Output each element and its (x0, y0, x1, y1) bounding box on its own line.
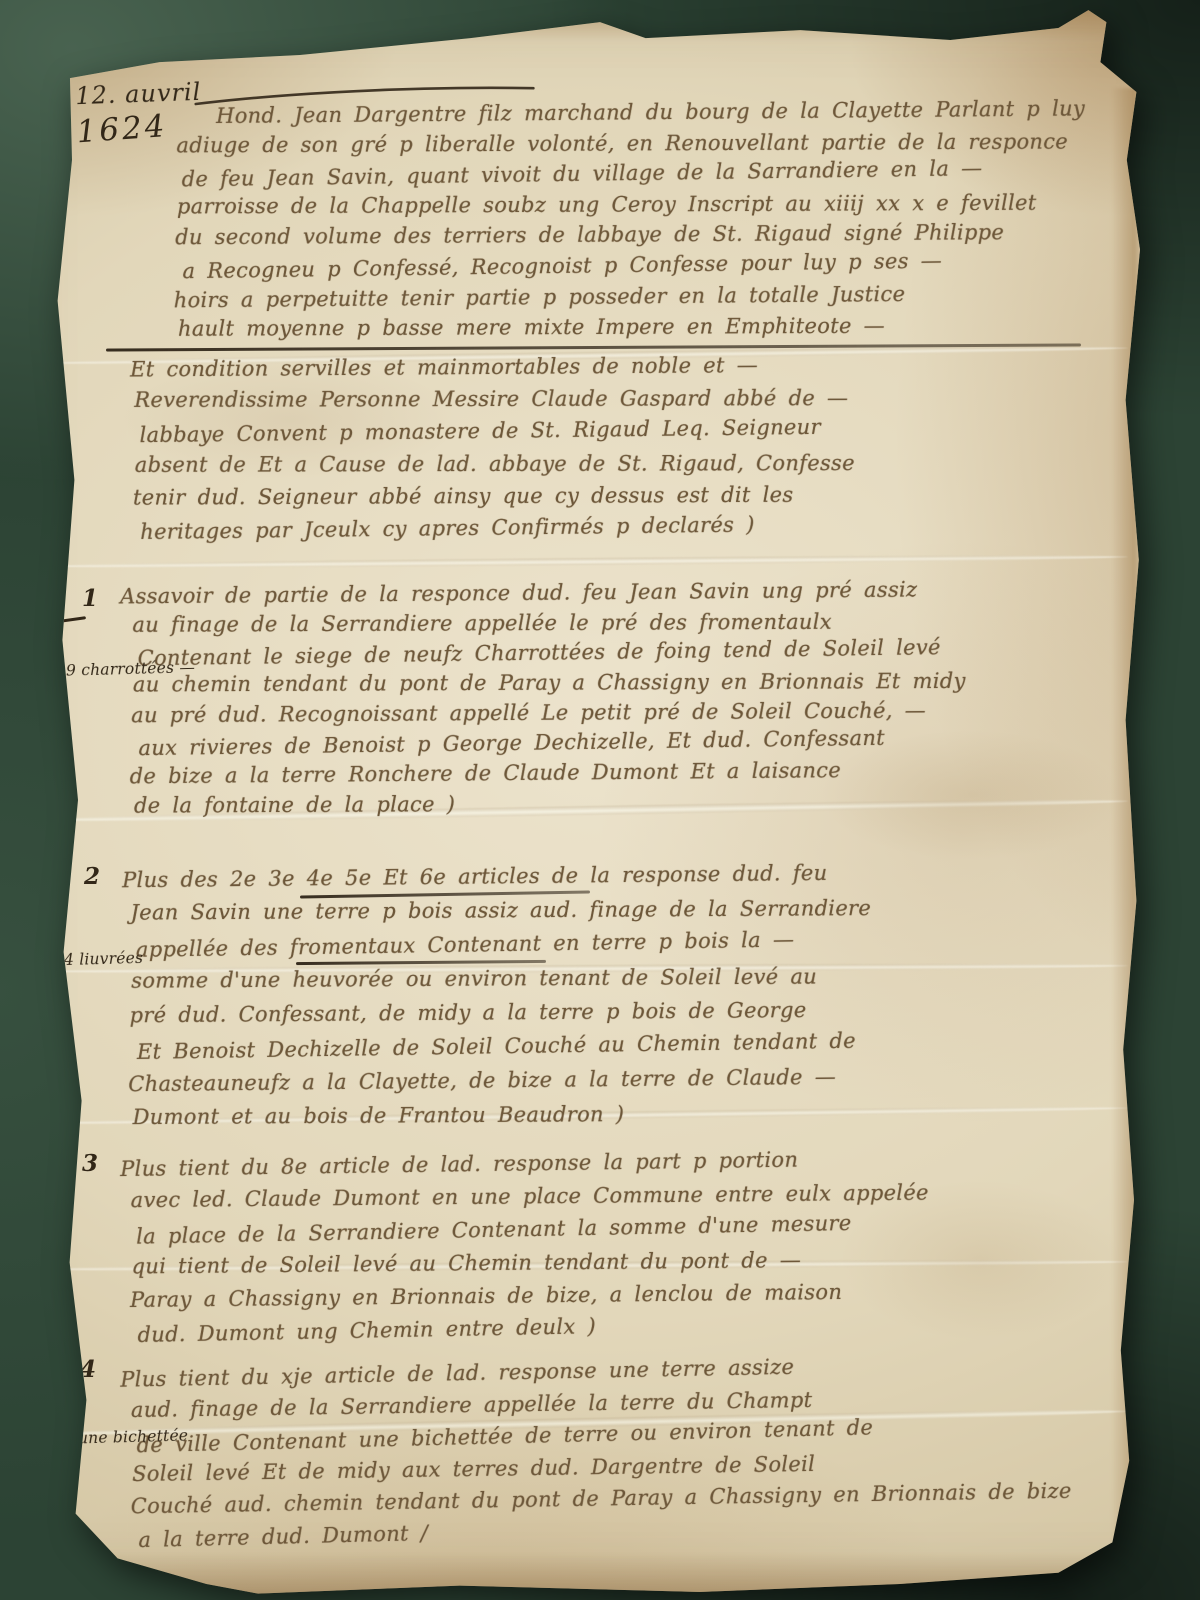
manuscript-line: Et Benoist Dechizelle de Soleil Couché a… (137, 1029, 856, 1064)
manuscript-line: de bize a la terre Ronchere de Claude Du… (130, 758, 842, 788)
margin-number-4: 4 (80, 1356, 96, 1383)
manuscript-line: appellée des fromentaux Contenant en ter… (136, 927, 795, 961)
manuscript-line: a Recogneu p Confessé, Recognoist p Conf… (182, 249, 942, 284)
manuscript-line: absent de Et a Cause de lad. abbaye de S… (135, 451, 855, 477)
margin-number-3: 3 (82, 1150, 98, 1177)
paragraph-item-1: Assavoir de partie de la responce dud. f… (128, 576, 1128, 585)
manuscript-line: de feu Jean Savin, quant vivoit du villa… (182, 156, 983, 191)
manuscript-line: Jean Savin une terre p bois assiz aud. f… (130, 896, 871, 925)
manuscript-line: la place de la Serrandiere Contenant la … (136, 1211, 852, 1249)
manuscript-line: Dumont et au bois de Frantou Beaudron ) (133, 1102, 625, 1129)
paragraph-item-4: Plus tient du xje article de lad. respon… (126, 1348, 1126, 1367)
paragraph-item-3: Plus tient du 8e article de lad. respons… (126, 1143, 1126, 1157)
manuscript-line: Et condition servilles et mainmortables … (130, 353, 758, 381)
margin-note-item-4: une bichettée (78, 1427, 189, 1448)
manuscript-line: avec led. Claude Dumont en une place Com… (131, 1181, 929, 1213)
manuscript-line: aux rivieres de Benoist p George Dechize… (138, 726, 885, 760)
manuscript-line: au chemin tendant du pont de Paray a Cha… (133, 669, 966, 697)
ink-underline-fromentaux (296, 960, 546, 965)
margin-note-item-2: 4 liuvrées (64, 949, 144, 969)
manuscript-line: Plus des 2e 3e 4e 5e Et 6e articles de l… (122, 861, 828, 892)
manuscript-line: a la terre dud. Dumont / (138, 1521, 428, 1552)
manuscript-line: qui tient de Soleil levé au Chemin tenda… (131, 1248, 801, 1278)
manuscript-line: Paray a Chassigny en Brionnais de bize, … (130, 1280, 842, 1312)
manuscript-line: Reverendissime Personne Messire Claude G… (134, 386, 848, 412)
margin-number-1: 1 (82, 585, 98, 612)
paper-crease (48, 553, 1128, 569)
manuscript-line: Contenant le siege de neufz Charrottées … (138, 635, 941, 670)
margin-note-item-1: 9 charrottées — (66, 658, 195, 679)
manuscript-line: au pré dud. Recognoissant appellé Le pet… (131, 698, 926, 727)
manuscript-line: adiuge de son gré p liberalle volonté, e… (176, 130, 1068, 158)
manuscript-page: 12. auvril 1624 Hond. Jean Dargentre fil… (0, 0, 1200, 1600)
margin-dash (60, 616, 86, 623)
paragraph-item-2: Plus des 2e 3e 4e 5e Et 6e articles de l… (126, 858, 1126, 868)
manuscript-line: au finage de la Serrandiere appellée le … (132, 610, 832, 637)
manuscript-line: somme d'une heuvorée ou environ tenant d… (131, 965, 817, 993)
manuscript-line: tenir dud. Seigneur abbé ainsy que cy de… (133, 483, 794, 510)
manuscript-line: hault moyenne p basse mere mixte Impere … (178, 314, 885, 341)
manuscript-line: pré dud. Confessant, de midy a la terre … (129, 998, 806, 1027)
paper-edge-fold (1111, 88, 1145, 1552)
manuscript-line: de la fontaine de la place ) (134, 792, 455, 817)
manuscript-line: du second volume des terriers de labbaye… (175, 220, 1004, 249)
manuscript-photo: 12. auvril 1624 Hond. Jean Dargentre fil… (0, 0, 1200, 1600)
manuscript-line: Plus tient du xje article de lad. respon… (120, 1355, 794, 1392)
manuscript-line: parroisse de la Chappelle soubz ung Cero… (177, 191, 1037, 219)
manuscript-line: Chasteauneufz a la Clayette, de bize a l… (128, 1065, 836, 1096)
manuscript-line: Couché aud. chemin tendant du pont de Pa… (131, 1479, 1072, 1519)
manuscript-line: heritages par Jceulx cy apres Confirmés … (140, 512, 755, 544)
manuscript-line: dud. Dumont ung Chemin entre deulx ) (137, 1314, 596, 1347)
manuscript-line: Assavoir de partie de la responce dud. f… (120, 577, 917, 608)
manuscript-line: Plus tient du 8e article de lad. respons… (120, 1148, 798, 1181)
manuscript-line: labbaye Convent p monastere de St. Rigau… (139, 415, 821, 447)
date-day-month: 12. auvril (75, 78, 202, 110)
margin-number-2: 2 (84, 863, 100, 890)
paper-shadow-wrap: 12. auvril 1624 Hond. Jean Dargentre fil… (0, 0, 1200, 1600)
manuscript-line: Soleil levé Et de midy aux terres dud. D… (132, 1452, 815, 1486)
manuscript-line: hoirs a perpetuitte tenir partie p posse… (174, 282, 906, 312)
